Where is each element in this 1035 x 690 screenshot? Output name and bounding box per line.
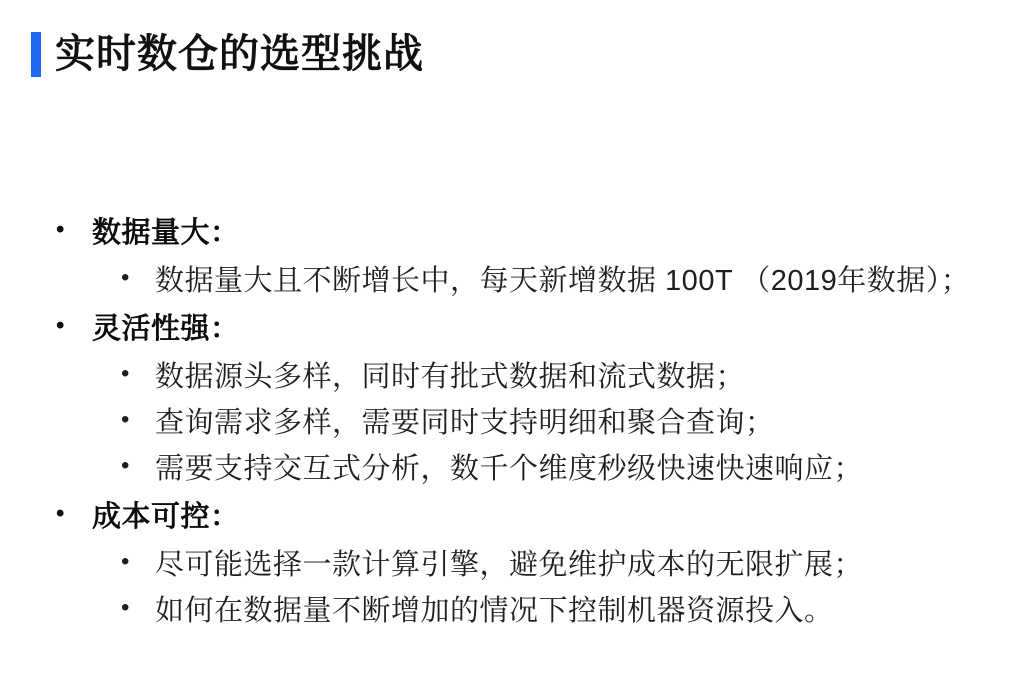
title-accent-bar-icon xyxy=(31,32,41,77)
bullet-label: 成本可控： xyxy=(92,494,240,535)
bullet-dot-icon: • xyxy=(56,312,92,340)
bullet-item: •成本可控： xyxy=(0,489,1035,539)
sub-bullet-dot-icon: • xyxy=(121,406,155,434)
sub-bullet-text: 数据量大且不断增长中，每天新增数据 100T （2019年数据）； xyxy=(155,258,970,299)
bullet-label: 数据量大： xyxy=(92,210,240,251)
bullet-dot-icon: • xyxy=(56,500,92,528)
sub-bullet-text: 需要支持交互式分析，数千个维度秒级快速快速响应； xyxy=(155,446,863,487)
sub-bullet-item: •如何在数据量不断增加的情况下控制机器资源投入。 xyxy=(0,585,1035,631)
bullet-item: •数据量大： xyxy=(0,205,1035,255)
bullet-item: •灵活性强： xyxy=(0,301,1035,351)
page-title: 实时数仓的选型挑战 xyxy=(55,31,424,77)
sub-bullet-item: •数据源头多样，同时有批式数据和流式数据； xyxy=(0,351,1035,397)
slide: 实时数仓的选型挑战 •数据量大：•数据量大且不断增长中，每天新增数据 100T … xyxy=(0,0,1035,690)
sub-bullet-text: 如何在数据量不断增加的情况下控制机器资源投入。 xyxy=(155,588,834,629)
bullet-label: 灵活性强： xyxy=(92,306,240,347)
sub-bullet-dot-icon: • xyxy=(121,360,155,388)
slide-header: 实时数仓的选型挑战 xyxy=(0,0,1035,77)
bullet-dot-icon: • xyxy=(56,216,92,244)
sub-bullet-item: •数据量大且不断增长中，每天新增数据 100T （2019年数据）； xyxy=(0,255,1035,301)
sub-bullet-dot-icon: • xyxy=(121,452,155,480)
sub-bullet-dot-icon: • xyxy=(121,264,155,292)
bullet-list: •数据量大：•数据量大且不断增长中，每天新增数据 100T （2019年数据）；… xyxy=(0,205,1035,631)
sub-bullet-dot-icon: • xyxy=(121,594,155,622)
sub-bullet-text: 数据源头多样，同时有批式数据和流式数据； xyxy=(155,354,745,395)
sub-bullet-item: •需要支持交互式分析，数千个维度秒级快速快速响应； xyxy=(0,443,1035,489)
sub-bullet-item: •尽可能选择一款计算引擎，避免维护成本的无限扩展； xyxy=(0,539,1035,585)
sub-bullet-text: 尽可能选择一款计算引擎，避免维护成本的无限扩展； xyxy=(155,542,863,583)
sub-bullet-text: 查询需求多样，需要同时支持明细和聚合查询； xyxy=(155,400,775,441)
sub-bullet-dot-icon: • xyxy=(121,548,155,576)
sub-bullet-item: •查询需求多样，需要同时支持明细和聚合查询； xyxy=(0,397,1035,443)
